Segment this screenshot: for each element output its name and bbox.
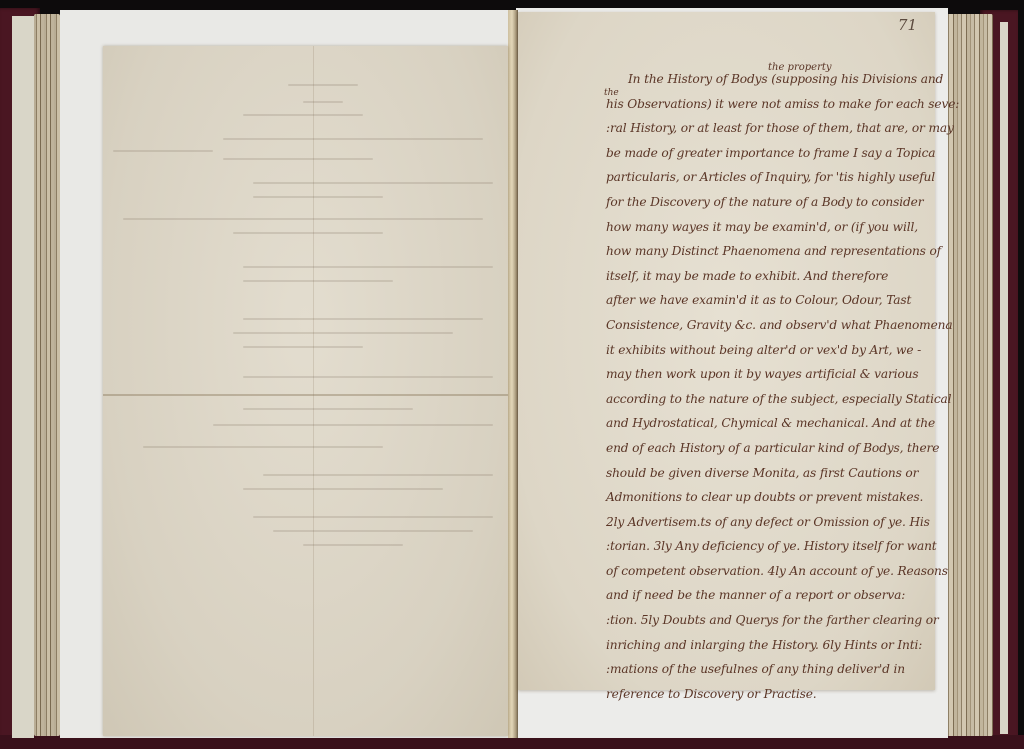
bleed-through-mark [243, 376, 493, 378]
manuscript-line: :mations of the usefulnes of any thing d… [606, 657, 931, 682]
manuscript-line: how many Distinct Phaenomena and represe… [606, 239, 931, 264]
left-manuscript-page [103, 46, 508, 736]
bleed-through-mark [243, 114, 363, 116]
bleed-through-mark [253, 182, 493, 184]
manuscript-line: itself, it may be made to exhibit. And t… [606, 264, 931, 289]
bleed-through-mark [243, 488, 443, 490]
horizontal-fold-line [103, 394, 508, 396]
manuscript-line: :tion. 5ly Doubts and Querys for the far… [606, 608, 931, 633]
bleed-through-mark [288, 84, 358, 86]
manuscript-line: it exhibits without being alter'd or vex… [606, 338, 931, 363]
manuscript-line: of competent observation. 4ly An account… [606, 559, 931, 584]
manuscript-line: particularis, or Articles of Inquiry, fo… [606, 165, 931, 190]
bleed-through-mark [243, 346, 363, 348]
manuscript-line: :torian. 3ly Any deficiency of ye. Histo… [606, 534, 931, 559]
manuscript-line: be made of greater importance to frame I… [606, 141, 931, 166]
bleed-through-mark [303, 544, 403, 546]
manuscript-line: and if need be the manner of a report or… [606, 583, 931, 608]
manuscript-line: Admonitions to clear up doubts or preven… [606, 485, 931, 510]
right-manuscript-page: 71 the property the In the History of Bo… [518, 12, 935, 690]
manuscript-line: end of each History of a particular kind… [606, 436, 931, 461]
manuscript-line: for the Discovery of the nature of a Bod… [606, 190, 931, 215]
manuscript-line: In the History of Bodys (supposing his D… [606, 67, 931, 92]
folio-number: 71 [898, 16, 917, 34]
manuscript-line: how many wayes it may be examin'd, or (i… [606, 215, 931, 240]
bleed-through-mark [143, 446, 383, 448]
manuscript-line: reference to Discovery or Practise. [606, 682, 931, 707]
bleed-through-mark [243, 280, 393, 282]
bleed-through-mark [113, 150, 213, 152]
manuscript-line: :ral History, or at least for those of t… [606, 116, 931, 141]
bleed-through-mark [243, 266, 493, 268]
manuscript-line: and Hydrostatical, Chymical & mechanical… [606, 411, 931, 436]
manuscript-line: his Observations) it were not amiss to m… [606, 92, 931, 117]
bleed-through-mark [253, 516, 493, 518]
bleed-through-mark [273, 530, 473, 532]
manuscript-text: In the History of Bodys (supposing his D… [606, 67, 931, 706]
bleed-through-mark [223, 158, 373, 160]
book-gutter [508, 10, 518, 738]
manuscript-line: after we have examin'd it as to Colour, … [606, 288, 931, 313]
manuscript-line: should be given diverse Monita, as first… [606, 461, 931, 486]
bleed-through-mark [253, 196, 383, 198]
bleed-through-mark [233, 232, 383, 234]
page-edges-left [34, 14, 60, 736]
manuscript-line: may then work upon it by wayes artificia… [606, 362, 931, 387]
bleed-through-mark [243, 318, 483, 320]
manuscript-line: Consistence, Gravity &c. and observ'd wh… [606, 313, 931, 338]
manuscript-line: inriching and inlarging the History. 6ly… [606, 633, 931, 658]
endpaper-left [12, 16, 34, 738]
manuscript-line: 2ly Advertisem.ts of any defect or Omiss… [606, 510, 931, 535]
bleed-through-mark [213, 424, 493, 426]
bleed-through-mark [303, 101, 343, 103]
bleed-through-mark [243, 408, 413, 410]
bleed-through-mark [223, 138, 483, 140]
manuscript-line: according to the nature of the subject, … [606, 387, 931, 412]
vertical-fold-line [313, 46, 314, 736]
endpaper-right [1000, 22, 1008, 734]
bleed-through-mark [263, 474, 493, 476]
bleed-through-mark [233, 332, 453, 334]
bleed-through-mark [123, 218, 483, 220]
